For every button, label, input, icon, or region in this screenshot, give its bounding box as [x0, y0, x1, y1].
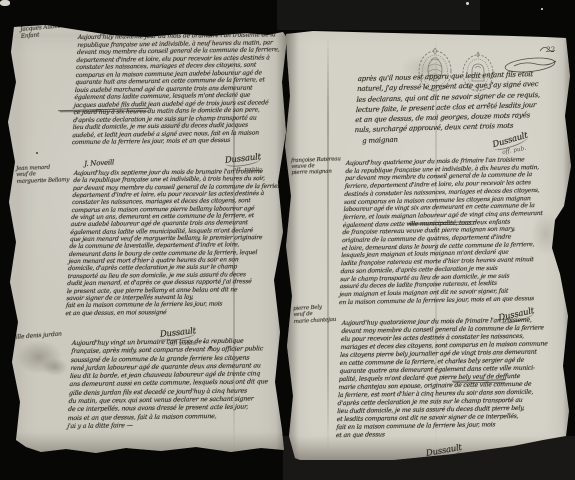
right-page: 22 après qu'il nous est apparu que ledit…: [283, 16, 573, 460]
paper-fragment: [541, 8, 543, 10]
handwritten-text-block: Aujourd'huy quatrieme jour du mois de fr…: [339, 155, 562, 306]
paper-crease: [327, 34, 329, 454]
manuscript-scan: Jacques AudebéEnfant Aujourd'huy neuviem…: [0, 0, 575, 480]
handwritten-text-block: Aujourd'huy quatorzieme jour du mois de …: [336, 316, 558, 440]
paper-stain: [42, 358, 68, 376]
handwritten-text-block: Aujourd'huy neuvieme jour du mois de bru…: [72, 31, 286, 147]
paper-fragment: [466, 2, 469, 5]
folio-number: 22: [545, 46, 555, 54]
handwritten-text-block: Aujourd'huy dix septieme jour du mois de…: [65, 168, 286, 317]
left-page: Jacques AudebéEnfant Aujourd'huy neuviem…: [6, 22, 290, 458]
closing-annotation: g maignan: [362, 136, 398, 145]
handwritten-text-block: Aujourd'huy vingt un brumaire l'an trois…: [67, 337, 284, 431]
backdrop-shade: [277, 0, 480, 30]
ink-speck: [36, 152, 38, 154]
paper-fragment: [0, 0, 10, 6]
signature-name: Dussault: [224, 152, 261, 168]
